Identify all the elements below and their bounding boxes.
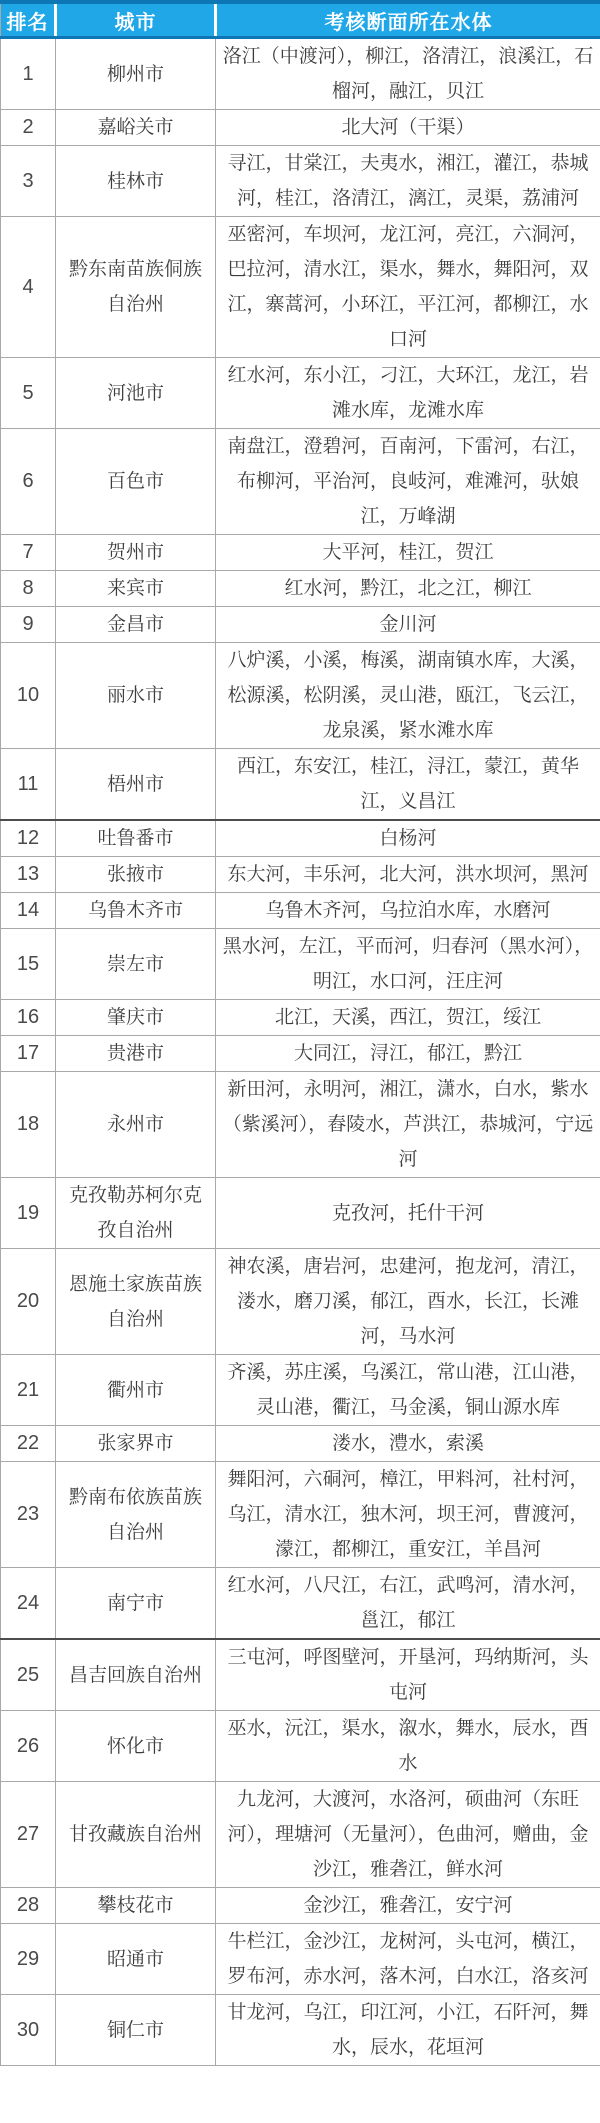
city-cell: 怀化市 xyxy=(56,1711,216,1782)
rank-cell: 2 xyxy=(1,110,56,146)
water-body-cell: 牛栏江，金沙江，龙树河，头屯河，横江，罗布河，赤水河，落木河，白水江，洛亥河 xyxy=(216,1924,600,1995)
table-row: 28攀枝花市金沙江，雅砻江，安宁河 xyxy=(1,1888,600,1924)
rank-cell: 15 xyxy=(1,929,56,1000)
rank-cell: 13 xyxy=(1,857,56,893)
city-cell: 张家界市 xyxy=(56,1426,216,1462)
rank-cell: 7 xyxy=(1,535,56,571)
city-cell: 肇庆市 xyxy=(56,1000,216,1036)
table-row: 22张家界市溇水，澧水，索溪 xyxy=(1,1426,600,1462)
city-cell: 黔东南苗族侗族自治州 xyxy=(56,217,216,358)
water-body-cell: 齐溪，苏庄溪，乌溪江，常山港，江山港，灵山港，衢江，马金溪，铜山源水库 xyxy=(216,1355,600,1426)
water-body-cell: 北大河（干渠） xyxy=(216,110,600,146)
rank-cell: 23 xyxy=(1,1462,56,1568)
table-row: 9金昌市金川河 xyxy=(1,607,600,643)
water-body-cell: 寻江，甘棠江，夫夷水，湘江，灌江，恭城河，桂江，洛清江，漓江，灵渠，荔浦河 xyxy=(216,146,600,217)
table-row: 4黔东南苗族侗族自治州巫密河，车坝河，龙江河，亮江，六洞河，巴拉河，清水江，渠水… xyxy=(1,217,600,358)
header-city: 城市 xyxy=(56,2,216,38)
table-row: 18永州市新田河，永明河，湘江，潇水，白水，紫水（紫溪河），舂陵水，芦洪江，恭城… xyxy=(1,1072,600,1178)
city-cell: 崇左市 xyxy=(56,929,216,1000)
city-cell: 柳州市 xyxy=(56,38,216,110)
rank-cell: 30 xyxy=(1,1995,56,2066)
water-body-cell: 大同江，浔江，郁江，黔江 xyxy=(216,1036,600,1072)
rank-cell: 25 xyxy=(1,1639,56,1711)
table-row: 30铜仁市甘龙河，乌江，印江河，小江，石阡河，舞水，辰水，花垣河 xyxy=(1,1995,600,2066)
rank-cell: 21 xyxy=(1,1355,56,1426)
rank-cell: 16 xyxy=(1,1000,56,1036)
water-body-cell: 巫水，沅江，渠水，溆水，舞水，辰水，酉水 xyxy=(216,1711,600,1782)
table-row: 25昌吉回族自治州三屯河，呼图壁河，开垦河，玛纳斯河，头屯河 xyxy=(1,1639,600,1711)
table-row: 5河池市红水河，东小江，刁江，大环江，龙江，岩滩水库，龙滩水库 xyxy=(1,358,600,429)
city-water-ranking-table: 排名 城市 考核断面所在水体 1柳州市洛江（中渡河），柳江，洛清江，浪溪江，石榴… xyxy=(0,0,600,2066)
header-rank: 排名 xyxy=(1,2,56,38)
table-row: 8来宾市红水河，黔江，北之江，柳江 xyxy=(1,571,600,607)
city-cell: 河池市 xyxy=(56,358,216,429)
rank-cell: 12 xyxy=(1,820,56,857)
rank-cell: 20 xyxy=(1,1249,56,1355)
water-body-cell: 金沙江，雅砻江，安宁河 xyxy=(216,1888,600,1924)
city-cell: 来宾市 xyxy=(56,571,216,607)
table-row: 16肇庆市北江，天溪，西江，贺江，绥江 xyxy=(1,1000,600,1036)
table-row: 15崇左市黑水河，左江，平而河，归春河（黑水河），明江，水口河，汪庄河 xyxy=(1,929,600,1000)
rank-cell: 18 xyxy=(1,1072,56,1178)
rank-cell: 9 xyxy=(1,607,56,643)
water-body-cell: 大平河，桂江，贺江 xyxy=(216,535,600,571)
city-cell: 甘孜藏族自治州 xyxy=(56,1782,216,1888)
city-cell: 金昌市 xyxy=(56,607,216,643)
city-cell: 攀枝花市 xyxy=(56,1888,216,1924)
table-row: 27甘孜藏族自治州九龙河，大渡河，水洛河，硕曲河（东旺河），理塘河（无量河），色… xyxy=(1,1782,600,1888)
water-body-cell: 红水河，八尺江，右江，武鸣河，清水河，邕江，郁江 xyxy=(216,1568,600,1640)
table-row: 14乌鲁木齐市乌鲁木齐河，乌拉泊水库，水磨河 xyxy=(1,893,600,929)
city-cell: 铜仁市 xyxy=(56,1995,216,2066)
water-body-cell: 南盘江，澄碧河，百南河，下雷河，右江，布柳河，平治河，良岐河，难滩河，驮娘江，万… xyxy=(216,429,600,535)
rank-cell: 27 xyxy=(1,1782,56,1888)
water-body-cell: 乌鲁木齐河，乌拉泊水库，水磨河 xyxy=(216,893,600,929)
table-row: 10丽水市八炉溪，小溪，梅溪，湖南镇水库，大溪，松源溪，松阴溪，灵山港，瓯江，飞… xyxy=(1,643,600,749)
rank-cell: 1 xyxy=(1,38,56,110)
rank-cell: 5 xyxy=(1,358,56,429)
water-body-cell: 白杨河 xyxy=(216,820,600,857)
table-row: 12吐鲁番市白杨河 xyxy=(1,820,600,857)
table-header-row: 排名 城市 考核断面所在水体 xyxy=(1,2,600,38)
rank-cell: 14 xyxy=(1,893,56,929)
water-body-cell: 甘龙河，乌江，印江河，小江，石阡河，舞水，辰水，花垣河 xyxy=(216,1995,600,2066)
city-cell: 恩施土家族苗族自治州 xyxy=(56,1249,216,1355)
city-cell: 黔南布依族苗族自治州 xyxy=(56,1462,216,1568)
water-body-cell: 红水河，黔江，北之江，柳江 xyxy=(216,571,600,607)
table-row: 6百色市南盘江，澄碧河，百南河，下雷河，右江，布柳河，平治河，良岐河，难滩河，驮… xyxy=(1,429,600,535)
city-cell: 吐鲁番市 xyxy=(56,820,216,857)
water-body-cell: 神农溪，唐岩河，忠建河，抱龙河，清江，溇水，磨刀溪，郁江，酉水，长江，长滩河，马… xyxy=(216,1249,600,1355)
rank-cell: 19 xyxy=(1,1178,56,1249)
rank-cell: 28 xyxy=(1,1888,56,1924)
water-body-cell: 金川河 xyxy=(216,607,600,643)
table-row: 24南宁市红水河，八尺江，右江，武鸣河，清水河，邕江，郁江 xyxy=(1,1568,600,1640)
water-body-cell: 八炉溪，小溪，梅溪，湖南镇水库，大溪，松源溪，松阴溪，灵山港，瓯江，飞云江，龙泉… xyxy=(216,643,600,749)
table-row: 29昭通市牛栏江，金沙江，龙树河，头屯河，横江，罗布河，赤水河，落木河，白水江，… xyxy=(1,1924,600,1995)
rank-cell: 22 xyxy=(1,1426,56,1462)
city-cell: 梧州市 xyxy=(56,749,216,821)
city-cell: 昌吉回族自治州 xyxy=(56,1639,216,1711)
city-cell: 永州市 xyxy=(56,1072,216,1178)
city-cell: 张掖市 xyxy=(56,857,216,893)
rank-cell: 6 xyxy=(1,429,56,535)
table-row: 21衢州市齐溪，苏庄溪，乌溪江，常山港，江山港，灵山港，衢江，马金溪，铜山源水库 xyxy=(1,1355,600,1426)
table-row: 13张掖市东大河，丰乐河，北大河，洪水坝河，黑河 xyxy=(1,857,600,893)
city-cell: 南宁市 xyxy=(56,1568,216,1640)
city-cell: 昭通市 xyxy=(56,1924,216,1995)
water-body-cell: 溇水，澧水，索溪 xyxy=(216,1426,600,1462)
table-row: 26怀化市巫水，沅江，渠水，溆水，舞水，辰水，酉水 xyxy=(1,1711,600,1782)
city-cell: 克孜勒苏柯尔克孜自治州 xyxy=(56,1178,216,1249)
water-body-cell: 舞阳河，六硐河，樟江，甲料河，社村河，乌江，清水江，独木河，坝王河，曹渡河，濛江… xyxy=(216,1462,600,1568)
water-body-cell: 北江，天溪，西江，贺江，绥江 xyxy=(216,1000,600,1036)
rank-cell: 11 xyxy=(1,749,56,821)
table-row: 3桂林市寻江，甘棠江，夫夷水，湘江，灌江，恭城河，桂江，洛清江，漓江，灵渠，荔浦… xyxy=(1,146,600,217)
water-body-cell: 三屯河，呼图壁河，开垦河，玛纳斯河，头屯河 xyxy=(216,1639,600,1711)
rank-cell: 24 xyxy=(1,1568,56,1640)
water-body-cell: 红水河，东小江，刁江，大环江，龙江，岩滩水库，龙滩水库 xyxy=(216,358,600,429)
header-water-body: 考核断面所在水体 xyxy=(216,2,600,38)
city-cell: 丽水市 xyxy=(56,643,216,749)
city-cell: 百色市 xyxy=(56,429,216,535)
rank-cell: 4 xyxy=(1,217,56,358)
rank-cell: 29 xyxy=(1,1924,56,1995)
table-row: 2嘉峪关市北大河（干渠） xyxy=(1,110,600,146)
table-row: 11梧州市西江，东安江，桂江，浔江，蒙江，黄华江，义昌江 xyxy=(1,749,600,821)
table-row: 17贵港市大同江，浔江，郁江，黔江 xyxy=(1,1036,600,1072)
table-row: 20恩施土家族苗族自治州神农溪，唐岩河，忠建河，抱龙河，清江，溇水，磨刀溪，郁江… xyxy=(1,1249,600,1355)
water-body-cell: 东大河，丰乐河，北大河，洪水坝河，黑河 xyxy=(216,857,600,893)
water-body-cell: 新田河，永明河，湘江，潇水，白水，紫水（紫溪河），舂陵水，芦洪江，恭城河，宁远河 xyxy=(216,1072,600,1178)
table-body: 1柳州市洛江（中渡河），柳江，洛清江，浪溪江，石榴河，融江，贝江2嘉峪关市北大河… xyxy=(1,38,600,2066)
water-body-cell: 黑水河，左江，平而河，归春河（黑水河），明江，水口河，汪庄河 xyxy=(216,929,600,1000)
rank-cell: 17 xyxy=(1,1036,56,1072)
table-row: 7贺州市大平河，桂江，贺江 xyxy=(1,535,600,571)
water-body-cell: 九龙河，大渡河，水洛河，硕曲河（东旺河），理塘河（无量河），色曲河，赠曲，金沙江… xyxy=(216,1782,600,1888)
city-cell: 嘉峪关市 xyxy=(56,110,216,146)
rank-cell: 8 xyxy=(1,571,56,607)
rank-cell: 3 xyxy=(1,146,56,217)
table-row: 23黔南布依族苗族自治州舞阳河，六硐河，樟江，甲料河，社村河，乌江，清水江，独木… xyxy=(1,1462,600,1568)
city-cell: 桂林市 xyxy=(56,146,216,217)
rank-cell: 26 xyxy=(1,1711,56,1782)
city-cell: 贺州市 xyxy=(56,535,216,571)
water-body-cell: 洛江（中渡河），柳江，洛清江，浪溪江，石榴河，融江，贝江 xyxy=(216,38,600,110)
table-row: 1柳州市洛江（中渡河），柳江，洛清江，浪溪江，石榴河，融江，贝江 xyxy=(1,38,600,110)
water-body-cell: 克孜河，托什干河 xyxy=(216,1178,600,1249)
table-row: 19克孜勒苏柯尔克孜自治州克孜河，托什干河 xyxy=(1,1178,600,1249)
city-cell: 贵港市 xyxy=(56,1036,216,1072)
water-body-cell: 巫密河，车坝河，龙江河，亮江，六洞河，巴拉河，清水江，渠水，舞水，舞阳河，双江，… xyxy=(216,217,600,358)
city-cell: 衢州市 xyxy=(56,1355,216,1426)
city-cell: 乌鲁木齐市 xyxy=(56,893,216,929)
rank-cell: 10 xyxy=(1,643,56,749)
water-body-cell: 西江，东安江，桂江，浔江，蒙江，黄华江，义昌江 xyxy=(216,749,600,821)
